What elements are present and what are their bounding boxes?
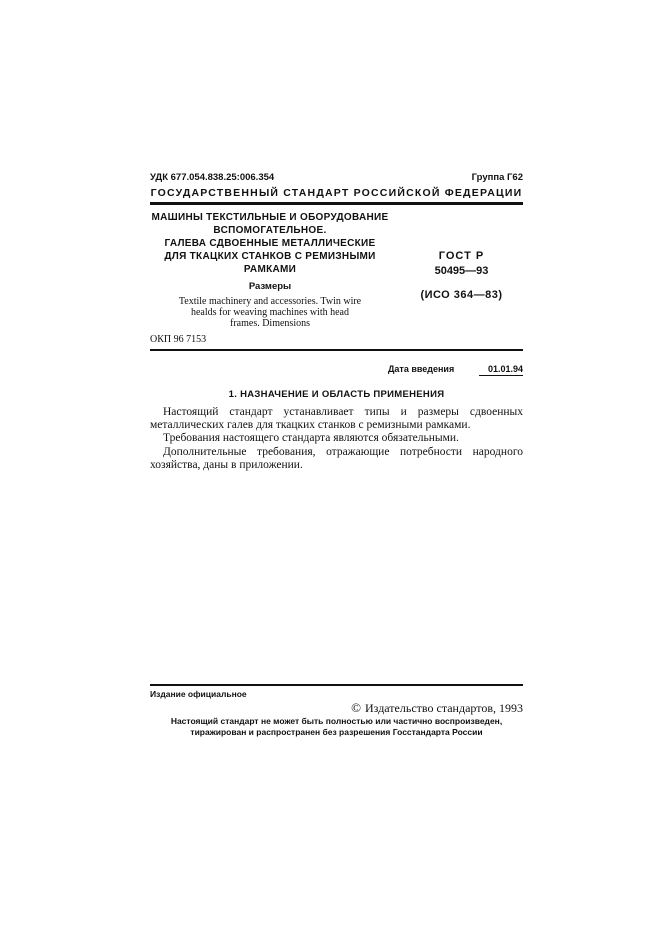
- title-line: РАМКАМИ: [150, 263, 390, 276]
- copyright-icon: ©: [351, 700, 361, 715]
- state-standard-title: ГОСУДАРСТВЕННЫЙ СТАНДАРТ РОССИЙСКОЙ ФЕДЕ…: [150, 187, 523, 199]
- okp-code: ОКП 96 7153: [150, 334, 206, 345]
- title-en-line: Textile machinery and accessories. Twin …: [150, 296, 390, 307]
- title-rule: [150, 349, 523, 351]
- gost-number: 50495—93: [400, 265, 523, 277]
- paragraph: Настоящий стандарт устанавливает типы и …: [150, 406, 523, 432]
- group-code: Группа Г62: [472, 172, 523, 183]
- title-en-line: frames. Dimensions: [150, 318, 390, 329]
- document-subtitle-ru: Размеры: [150, 281, 390, 292]
- introduction-date-label: Дата введения: [388, 364, 454, 374]
- document-title-ru: МАШИНЫ ТЕКСТИЛЬНЫЕ И ОБОРУДОВАНИЕ ВСПОМО…: [150, 211, 390, 276]
- title-line: МАШИНЫ ТЕКСТИЛЬНЫЕ И ОБОРУДОВАНИЕ: [150, 211, 390, 224]
- notice-line: Настоящий стандарт не может быть полност…: [150, 716, 523, 727]
- notice-line: тиражирован и распространен без разрешен…: [150, 727, 523, 738]
- publisher-line: ©Издательство стандартов, 1993: [351, 700, 523, 716]
- title-en-line: healds for weaving machines with head: [150, 307, 390, 318]
- iso-reference: (ИСО 364—83): [400, 289, 523, 301]
- publisher-name: Издательство стандартов, 1993: [365, 701, 523, 715]
- paragraph: Дополнительные требования, отражающие по…: [150, 446, 523, 472]
- official-edition-label: Издание официальное: [150, 689, 247, 699]
- title-line: ДЛЯ ТКАЦКИХ СТАНКОВ С РЕМИЗНЫМИ: [150, 250, 390, 263]
- title-line: ГАЛЕВА СДВОЕННЫЕ МЕТАЛЛИЧЕСКИЕ: [150, 237, 390, 250]
- header-rule: [150, 202, 523, 205]
- gost-label: ГОСТ Р: [400, 250, 523, 262]
- udk-code: УДК 677.054.838.25:006.354: [150, 172, 274, 183]
- paragraph: Требования настоящего стандарта являются…: [150, 432, 523, 445]
- title-line: ВСПОМОГАТЕЛЬНОЕ.: [150, 224, 390, 237]
- document-title-en: Textile machinery and accessories. Twin …: [150, 296, 390, 329]
- introduction-date-value: 01.01.94: [479, 364, 523, 376]
- reproduction-notice: Настоящий стандарт не может быть полност…: [150, 716, 523, 738]
- footer-rule: [150, 684, 523, 686]
- standard-designation: ГОСТ Р 50495—93 (ИСО 364—83): [400, 250, 523, 301]
- section-body: Настоящий стандарт устанавливает типы и …: [150, 406, 523, 472]
- section-heading: 1. НАЗНАЧЕНИЕ И ОБЛАСТЬ ПРИМЕНЕНИЯ: [150, 389, 523, 400]
